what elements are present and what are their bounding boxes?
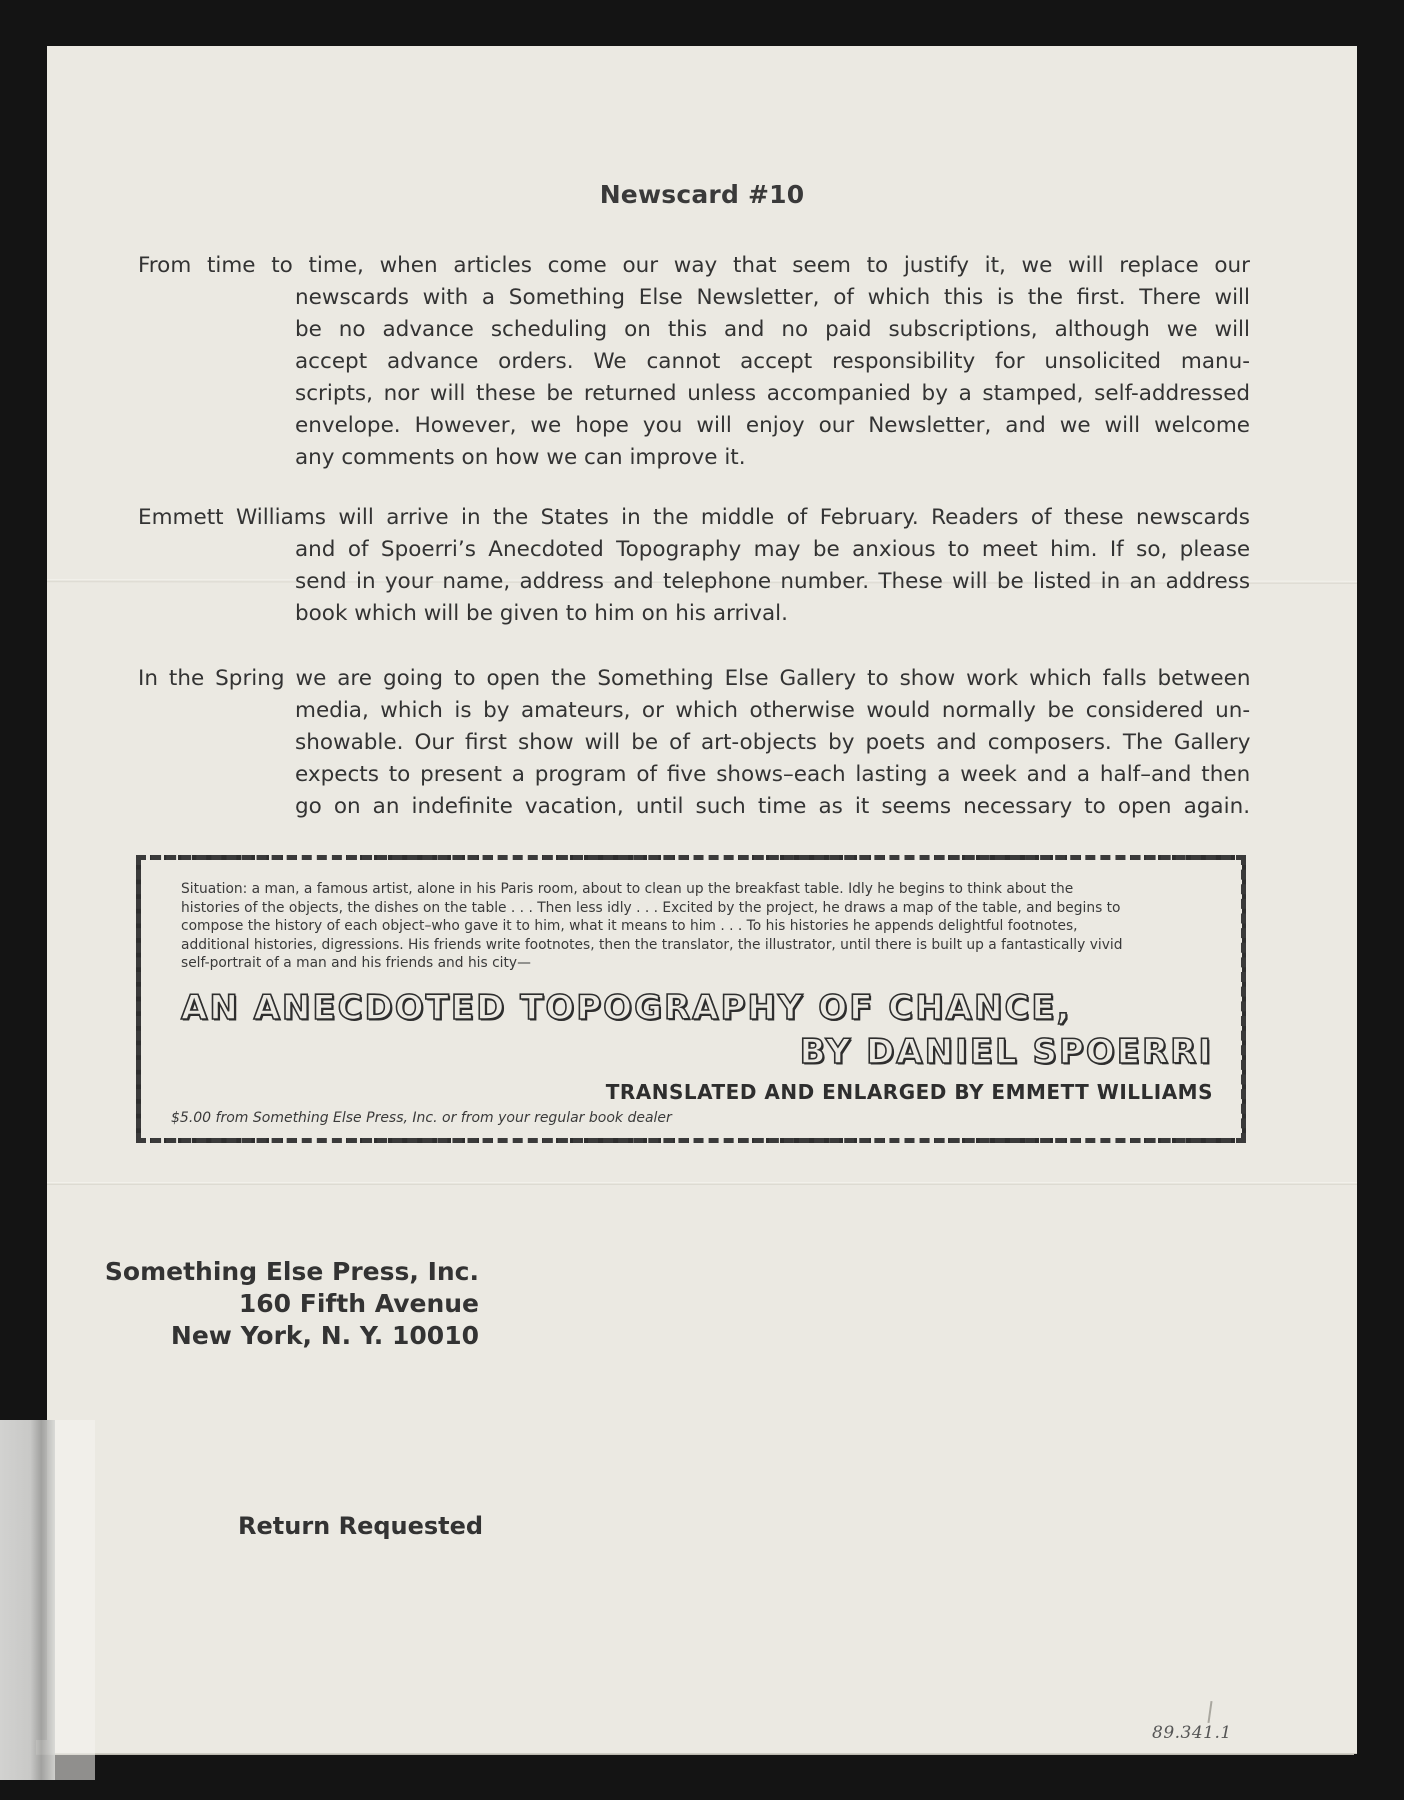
newscard-title: Newscard #10 bbox=[0, 180, 1404, 209]
paragraph-line: expects to present a program of five sho… bbox=[295, 759, 1250, 791]
address-line: New York, N. Y. 10010 bbox=[105, 1320, 479, 1352]
ad-author: BY DANIEL SPOERRI bbox=[800, 1032, 1213, 1072]
paragraph-line: newscards with a Something Else Newslett… bbox=[295, 282, 1250, 314]
return-address: Something Else Press, Inc. 160 Fifth Ave… bbox=[105, 1256, 479, 1352]
return-requested-label: Return Requested bbox=[238, 1512, 483, 1540]
paragraph-emmett-williams: Emmett Williams will arrive in the State… bbox=[138, 502, 1250, 630]
ad-translator: TRANSLATED AND ENLARGED BY EMMETT WILLIA… bbox=[606, 1080, 1213, 1104]
paragraph-newsletter-intro: From time to time, when articles come ou… bbox=[138, 250, 1250, 474]
book-advertisement-box: Situation: a man, a famous artist, alone… bbox=[136, 855, 1246, 1143]
paragraph-line: envelope. However, we hope you will enjo… bbox=[295, 410, 1250, 442]
ad-book-title: AN ANECDOTED TOPOGRAPHY OF CHANCE, bbox=[181, 988, 1072, 1028]
ad-situation-text: Situation: a man, a famous artist, alone… bbox=[181, 880, 1201, 973]
paragraph-line: and of Spoerri’s Anecdoted Topography ma… bbox=[295, 534, 1250, 566]
paragraph-line: media, which is by amateurs, or which ot… bbox=[295, 695, 1250, 727]
address-line: Something Else Press, Inc. bbox=[105, 1256, 479, 1288]
ad-line: Situation: a man, a famous artist, alone… bbox=[181, 880, 1201, 899]
paragraph-line: In the Spring we are going to open the S… bbox=[138, 663, 1250, 695]
archival-tape-overlap bbox=[55, 1420, 95, 1780]
pencil-mark bbox=[1207, 1701, 1212, 1723]
paragraph-line: go on an indefinite vacation, until such… bbox=[295, 791, 1250, 823]
paragraph-line: showable. Our first show will be of art-… bbox=[295, 727, 1250, 759]
paragraph-gallery: In the Spring we are going to open the S… bbox=[138, 663, 1250, 823]
ad-line: histories of the objects, the dishes on … bbox=[181, 899, 1201, 918]
paragraph-line: From time to time, when articles come ou… bbox=[138, 250, 1250, 282]
paragraph-line: send in your name, address and telephone… bbox=[295, 566, 1250, 598]
address-line: 160 Fifth Avenue bbox=[105, 1288, 479, 1320]
catalog-number-handwritten: 89.341.1 bbox=[1152, 1723, 1232, 1743]
paragraph-line: be no advance scheduling on this and no … bbox=[295, 314, 1250, 346]
archival-tape bbox=[0, 1420, 55, 1780]
ad-price-line: $5.00 from Something Else Press, Inc. or… bbox=[171, 1110, 672, 1126]
ad-line: additional histories, digressions. His f… bbox=[181, 936, 1201, 955]
paragraph-line: Emmett Williams will arrive in the State… bbox=[138, 502, 1250, 534]
paragraph-line: accept advance orders. We cannot accept … bbox=[295, 346, 1250, 378]
paragraph-line: any comments on how we can improve it. bbox=[295, 442, 1250, 474]
ad-line: compose the history of each object–who g… bbox=[181, 917, 1201, 936]
fold-crease bbox=[47, 1182, 1357, 1185]
ad-line: self-portrait of a man and his friends a… bbox=[181, 954, 1201, 973]
paragraph-line: book which will be given to him on his a… bbox=[295, 598, 1250, 630]
paragraph-line: scripts, nor will these be returned unle… bbox=[295, 378, 1250, 410]
